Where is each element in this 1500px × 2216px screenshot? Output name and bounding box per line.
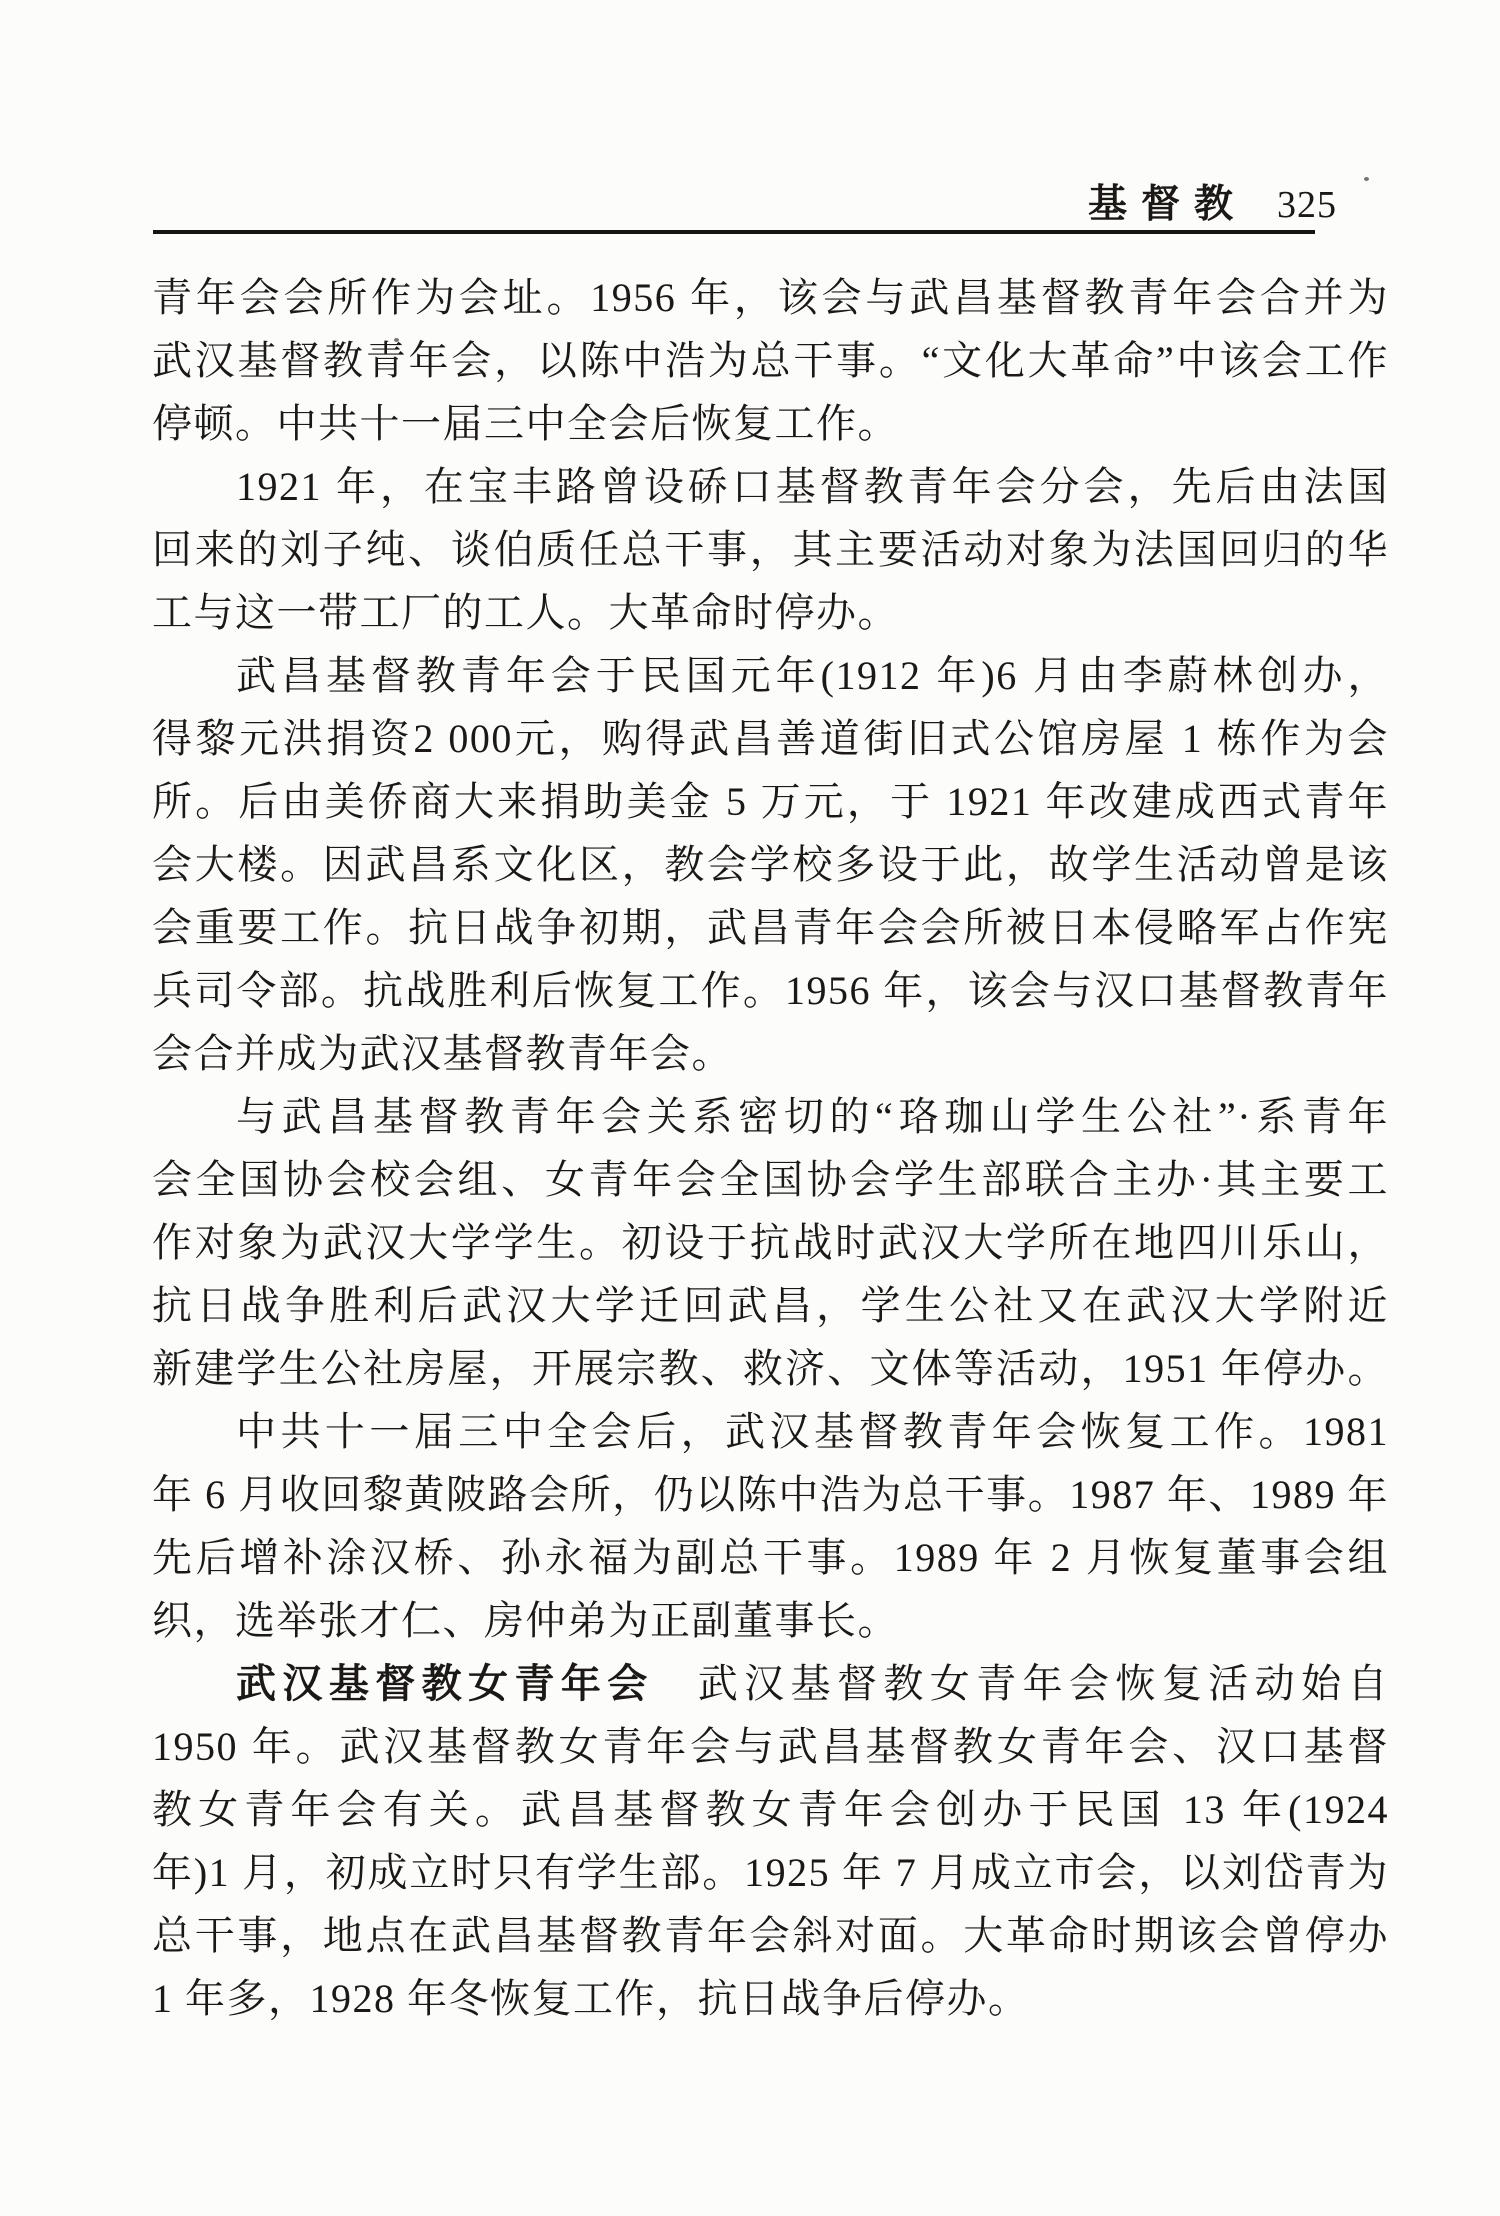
text-line: 会重要工作。抗日战争初期，武昌青年会会所被日本侵略军占作宪: [152, 896, 1389, 959]
text-line: 武汉基督教青年会，以陈中浩为总干事。“文化大革命”中该会工作: [152, 329, 1389, 392]
text-line: 回来的刘子纯、谈伯质任总干事，其主要活动对象为法国回归的华: [152, 518, 1389, 581]
text-line: 武昌基督教青年会于民国元年(1912 年)6 月由李蔚林创办，: [152, 644, 1389, 707]
entry-heading-line: 武汉基督教女青年会武汉基督教女青年会恢复活动始自: [152, 1652, 1389, 1715]
text-line: 所。后由美侨商大来捐助美金 5 万元，于 1921 年改建成西式青年: [152, 770, 1389, 833]
text-line: 工与这一带工厂的工人。大革命时停办。: [152, 581, 1389, 644]
text-line: 得黎元洪捐资2 000元，购得武昌善道街旧式公馆房屋 1 栋作为会: [152, 707, 1389, 770]
text-line: 停顿。中共十一届三中全会后恢复工作。: [152, 392, 1389, 455]
text-line: 会合并成为武汉基督教青年会。: [152, 1022, 1389, 1085]
text-line: 教女青年会有关。武昌基督教女青年会创办于民国 13 年(1924: [152, 1778, 1389, 1841]
text-line: 新建学生公社房屋，开展宗教、救济、文体等活动，1951 年停办。: [152, 1337, 1389, 1400]
header-rule: [153, 230, 1315, 234]
running-header: 基督教 325: [1088, 173, 1337, 229]
text-line: 抗日战争胜利后武汉大学迁回武昌，学生公社又在武汉大学附近: [152, 1274, 1389, 1337]
text-line: 1 年多，1928 年冬恢复工作，抗日战争后停办。: [152, 1967, 1389, 2030]
section-title: 基督教: [1088, 173, 1247, 229]
book-page: 基督教 325 青年会会所作为会址。1956 年，该会与武昌基督教青年会合并为 …: [0, 0, 1500, 2216]
page-number: 325: [1277, 183, 1337, 227]
text-line: 织，选举张才仁、房仲弟为正副董事长。: [152, 1589, 1389, 1652]
text-line: 年 6 月收回黎黄陂路会所，仍以陈中浩为总干事。1987 年、1989 年: [152, 1463, 1389, 1526]
text-line: 1950 年。武汉基督教女青年会与武昌基督教女青年会、汉口基督: [152, 1715, 1389, 1778]
text-line: 与武昌基督教青年会关系密切的“珞珈山学生公社”·系青年: [152, 1085, 1389, 1148]
entry-title: 武汉基督教女青年会: [236, 1661, 654, 1706]
text-line: 年)1 月，初成立时只有学生部。1925 年 7 月成立市会，以刘岱青为: [152, 1841, 1389, 1904]
body-text: 青年会会所作为会址。1956 年，该会与武昌基督教青年会合并为 武汉基督教青年会…: [152, 266, 1389, 2030]
entry-heading-text: 武汉基督教女青年会恢复活动始自: [698, 1661, 1389, 1706]
text-line: 先后增补涂汉桥、孙永福为副总干事。1989 年 2 月恢复董事会组: [152, 1526, 1389, 1589]
text-line: 作对象为武汉大学学生。初设于抗战时武汉大学所在地四川乐山，: [152, 1211, 1389, 1274]
text-line: 会全国协会校会组、女青年会全国协会学生部联合主办·其主要工: [152, 1148, 1389, 1211]
text-line: 1921 年，在宝丰路曾设硚口基督教青年会分会，先后由法国: [152, 455, 1389, 518]
scan-speck: [1364, 177, 1369, 181]
text-line: 总干事，地点在武昌基督教青年会斜对面。大革命时期该会曾停办: [152, 1904, 1389, 1967]
text-line: 中共十一届三中全会后，武汉基督教青年会恢复工作。1981: [152, 1400, 1389, 1463]
text-line: 会大楼。因武昌系文化区，教会学校多设于此，故学生活动曾是该: [152, 833, 1389, 896]
text-line: 兵司令部。抗战胜利后恢复工作。1956 年，该会与汉口基督教青年: [152, 959, 1389, 1022]
text-line: 青年会会所作为会址。1956 年，该会与武昌基督教青年会合并为: [152, 266, 1389, 329]
